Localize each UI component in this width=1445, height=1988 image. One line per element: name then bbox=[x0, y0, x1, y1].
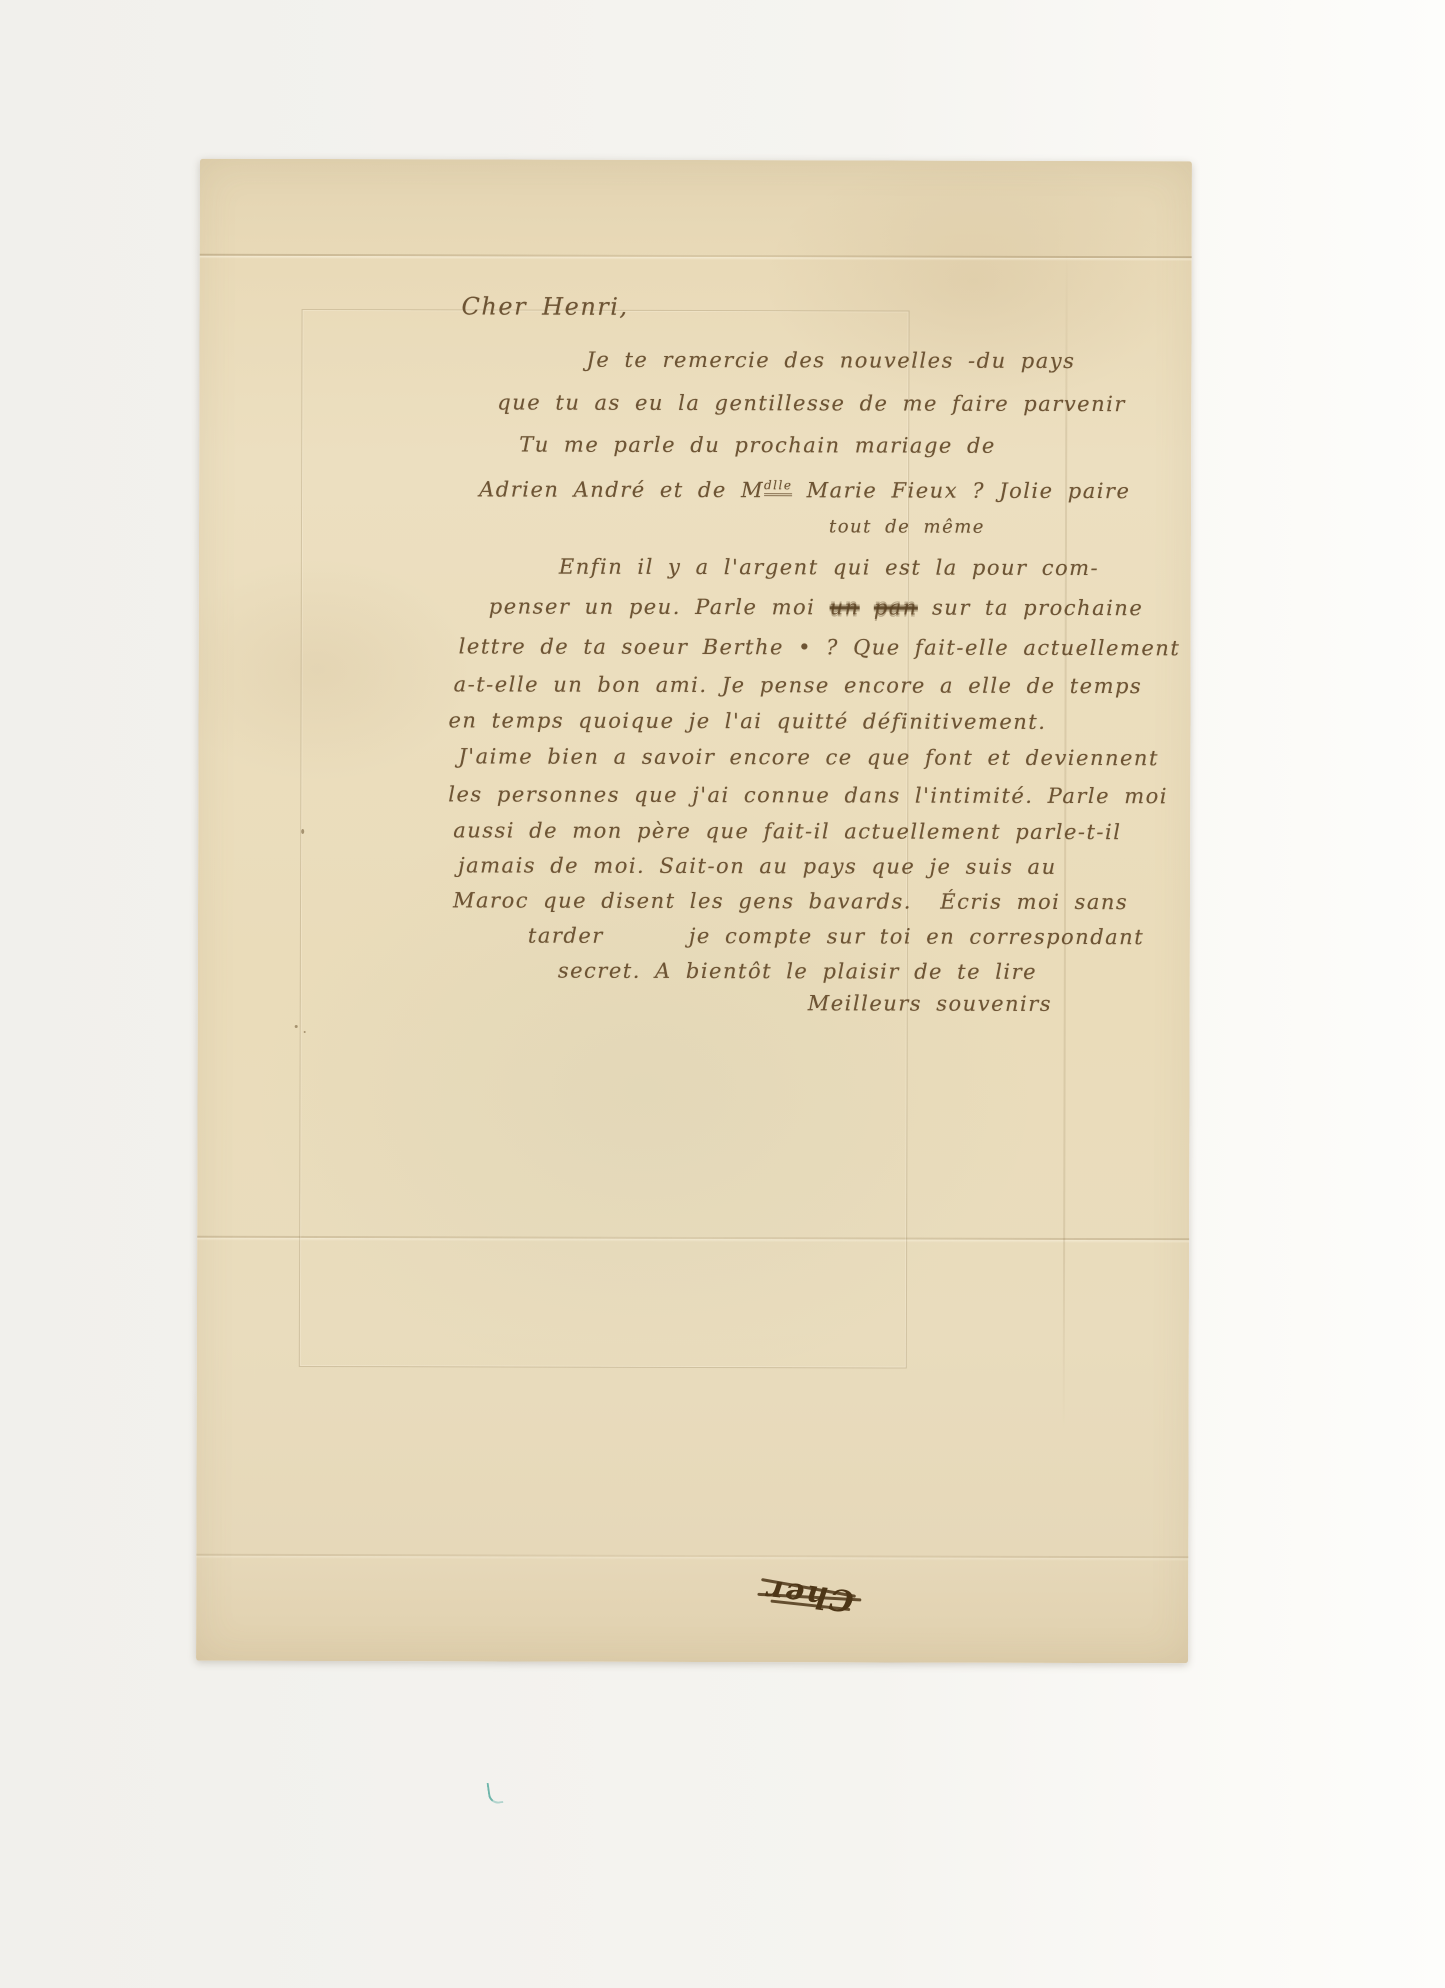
letter-line: a-t-elle un bon ami. Je pense encore a e… bbox=[454, 669, 1143, 701]
letter-paper-sheet: Cher Henri, Je te remercie des nouvelles… bbox=[196, 159, 1192, 1664]
letter-line: jamais de moi. Sait-on au pays que je su… bbox=[458, 850, 1057, 882]
ink-speck bbox=[304, 1031, 306, 1033]
letter-line: secret. A bientôt le plaisir de te lire bbox=[558, 956, 1037, 987]
ink-scribble: Cher bbox=[749, 1552, 866, 1629]
letter-line: en temps quoique je l'ai quitté définiti… bbox=[448, 705, 1046, 737]
letter-line: lettre de ta soeur Berthe • ? Que fait-e… bbox=[459, 631, 1181, 663]
ink-speck bbox=[295, 1025, 298, 1028]
letter-line: que tu as eu la gentillesse de me faire … bbox=[497, 387, 1126, 419]
line-text: penser un peu. Parle moi bbox=[489, 594, 830, 619]
letter-closing: Meilleurs souvenirs bbox=[808, 988, 1052, 1019]
letter-line: tout de même bbox=[829, 512, 985, 542]
letter-line: les personnes que j'ai connue dans l'int… bbox=[448, 779, 1168, 811]
letter-line: tarder je compte sur toi en correspondan… bbox=[528, 921, 1144, 953]
letter-line: J'aime bien a savoir encore ce que font … bbox=[458, 741, 1159, 773]
letter-line: Adrien André et de Mdlle Marie Fieux ? J… bbox=[479, 469, 1130, 506]
crossed-out-word: un bbox=[830, 595, 860, 619]
letter-line: penser un peu. Parle moi un pan sur ta p… bbox=[489, 591, 1144, 623]
line-text: Marie Fieux ? Jolie paire bbox=[792, 478, 1130, 503]
letter-salutation: Cher Henri, bbox=[462, 291, 629, 321]
fold-crease-top bbox=[200, 254, 1192, 262]
teal-scanner-mark bbox=[487, 1781, 504, 1805]
scanner-background: Cher Henri, Je te remercie des nouvelles… bbox=[0, 0, 1445, 1988]
fold-crease-lower bbox=[196, 1554, 1188, 1562]
letter-line: Maroc que disent les gens bavards. Écris… bbox=[453, 885, 1128, 917]
letter-line: Enfin il y a l'argent qui est la pour co… bbox=[559, 552, 1099, 583]
crossed-out-word: pan bbox=[874, 595, 918, 619]
ink-speck bbox=[301, 829, 304, 834]
line-text: Adrien André et de M bbox=[479, 477, 764, 502]
line-text: sur ta prochaine bbox=[918, 596, 1143, 621]
letter-line: aussi de mon père que fait-il actuelleme… bbox=[453, 815, 1121, 847]
letter-line: Je te remercie des nouvelles -du pays bbox=[586, 345, 1075, 376]
letter-line: Tu me parle du prochain mariage de bbox=[519, 430, 996, 461]
superscript-abbreviation: dlle bbox=[764, 478, 793, 496]
